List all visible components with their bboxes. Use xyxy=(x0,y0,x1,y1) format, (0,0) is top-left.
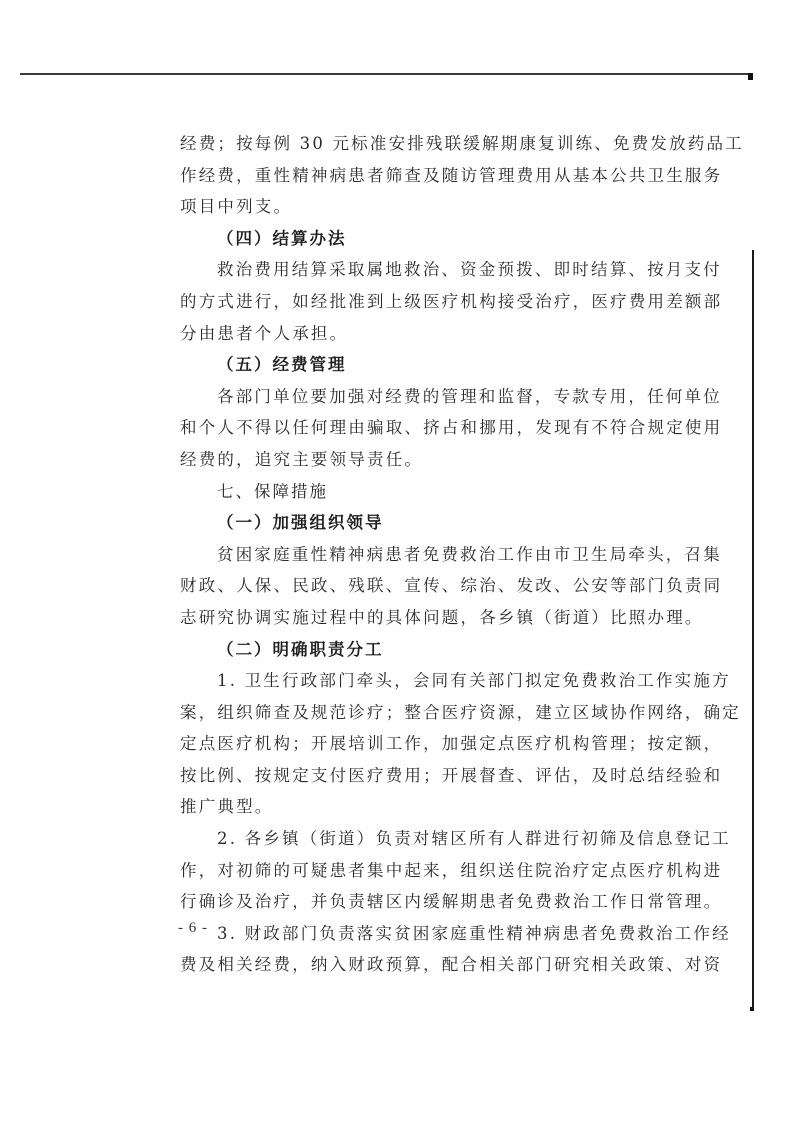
top-border-rule xyxy=(20,73,753,75)
body-line: 项目中列支。 xyxy=(180,191,690,223)
top-rule-corner-mark xyxy=(748,73,753,80)
body-line: 费及相关经费，纳入财政预算，配合相关部门研究相关政策、对资 xyxy=(180,949,690,981)
body-line: 经费的，追究主要领导责任。 xyxy=(180,444,690,476)
body-line: 各部门单位要加强对经费的管理和监督，专款专用，任何单位 xyxy=(180,381,690,413)
body-line: 和个人不得以任何理由骗取、挤占和挪用，发现有不符合规定使用 xyxy=(180,412,690,444)
body-line: 按比例、按规定支付医疗费用；开展督查、评估，及时总结经验和 xyxy=(180,760,690,792)
body-line: 的方式进行，如经批准到上级医疗机构接受治疗，医疗费用差额部 xyxy=(180,286,690,318)
body-line: 财政、人保、民政、残联、宣传、综治、发改、公安等部门负责同 xyxy=(180,570,690,602)
body-line: 作经费，重性精神病患者筛查及随访管理费用从基本公共卫生服务 xyxy=(180,160,690,192)
body-line: 推广典型。 xyxy=(180,791,690,823)
body-line: 经费；按每例 30 元标准安排残联缓解期康复训练、免费发放药品工 xyxy=(180,128,690,160)
body-line: 救治费用结算采取属地救治、资金预拨、即时结算、按月支付 xyxy=(180,254,690,286)
body-line: 作，对初筛的可疑患者集中起来，组织送住院治疗定点医疗机构进 xyxy=(180,855,690,887)
right-rule-end-mark xyxy=(750,1007,754,1011)
subsection-heading-responsibilities: （二）明确职责分工 xyxy=(180,634,690,666)
body-line: 案，组织筛查及规范诊疗；整合医疗资源，建立区域协作网络，确定 xyxy=(180,697,690,729)
subsection-heading-settlement: （四）结算办法 xyxy=(180,223,690,255)
body-line: 贫困家庭重性精神病患者免费救治工作由市卫生局牵头，召集 xyxy=(180,539,690,571)
body-line: 行确诊及治疗，并负责辖区内缓解期患者免费救治工作日常管理。 xyxy=(180,886,690,918)
subsection-heading-leadership: （一）加强组织领导 xyxy=(180,507,690,539)
body-line: 志研究协调实施过程中的具体问题，各乡镇（街道）比照办理。 xyxy=(180,602,690,634)
page-number: - 6 - xyxy=(178,920,208,937)
body-line: 分由患者个人承担。 xyxy=(180,318,690,350)
subsection-heading-funds-management: （五）经费管理 xyxy=(180,349,690,381)
body-line: 定点医疗机构；开展培训工作，加强定点医疗机构管理；按定额， xyxy=(180,728,690,760)
body-line: 2. 各乡镇（街道）负责对辖区所有人群进行初筛及信息登记工 xyxy=(180,823,690,855)
document-page-body: 经费；按每例 30 元标准安排残联缓解期康复训练、免费发放药品工 作经费，重性精… xyxy=(180,128,690,981)
right-binding-rule xyxy=(752,250,754,1010)
body-line: 3. 财政部门负责落实贫困家庭重性精神病患者免费救治工作经 xyxy=(180,918,690,950)
body-line: 1. 卫生行政部门牵头，会同有关部门拟定免费救治工作实施方 xyxy=(180,665,690,697)
section-heading-safeguards: 七、保障措施 xyxy=(180,476,690,508)
